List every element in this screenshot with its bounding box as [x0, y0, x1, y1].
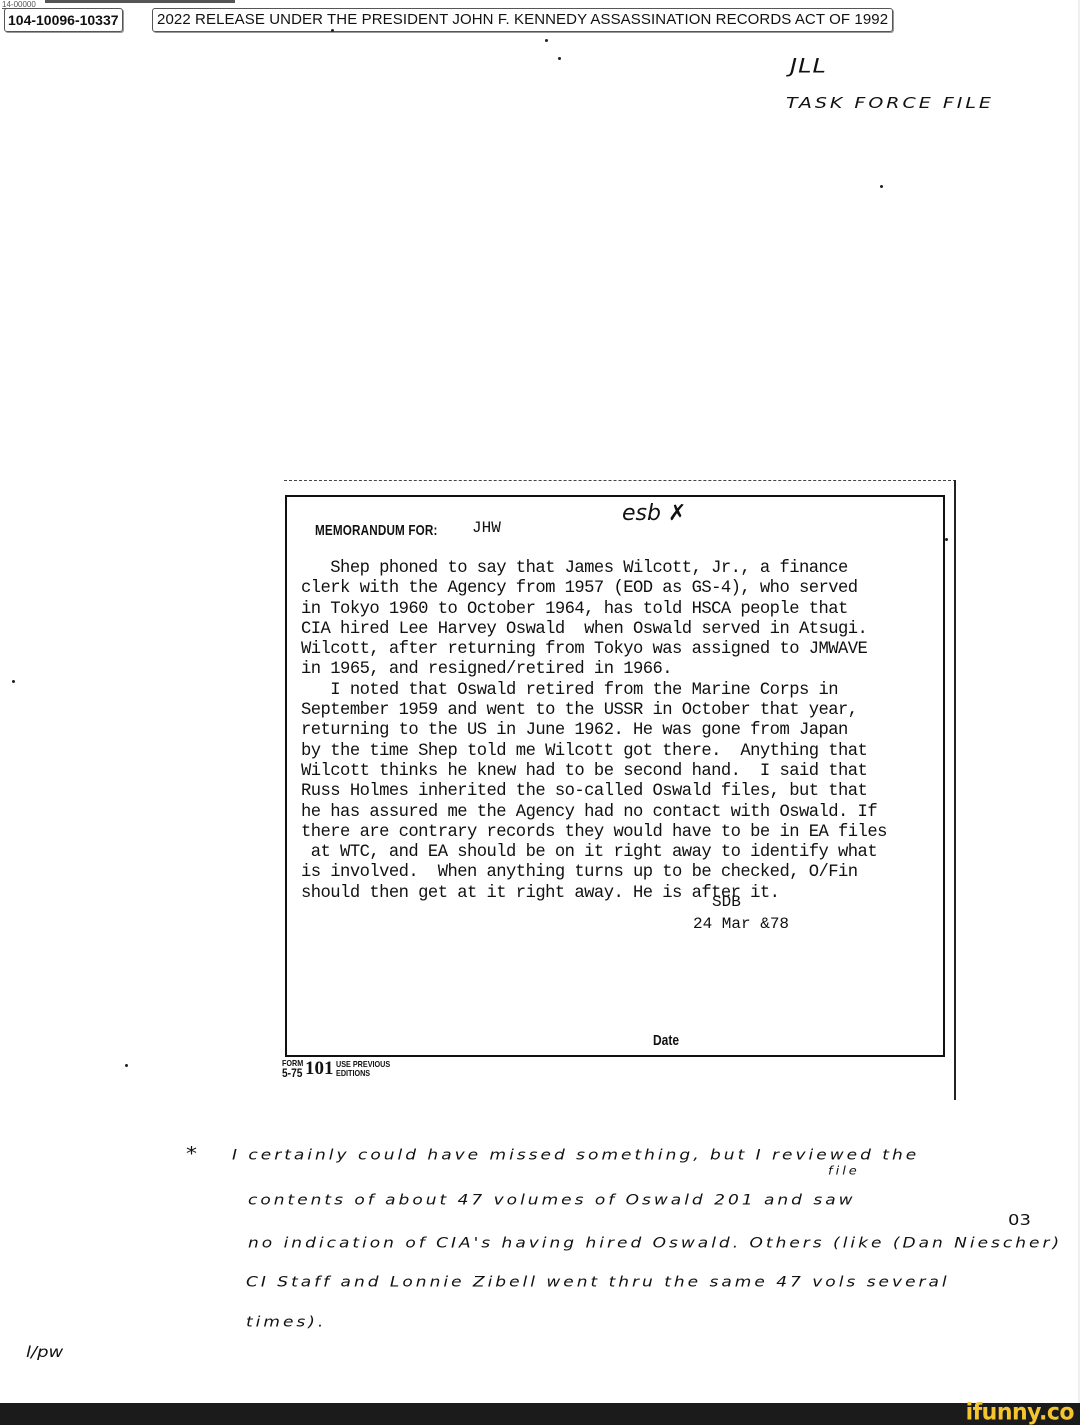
- scan-speck: [125, 1064, 128, 1067]
- memo-line: by the time Shep told me Wilcott got the…: [301, 742, 941, 762]
- outer-frame-right: [954, 480, 956, 1100]
- outer-frame-top: [284, 480, 956, 481]
- memo-line: I noted that Oswald retired from the Mar…: [301, 681, 941, 701]
- handwritten-task-force-label: TASK FORCE FILE: [786, 94, 994, 112]
- memo-line: CIA hired Lee Harvey Oswald when Oswald …: [301, 620, 941, 640]
- memo-line: Shep phoned to say that James Wilcott, J…: [301, 559, 941, 579]
- scan-top-rule: [45, 0, 235, 3]
- handwritten-note-line: CI Staff and Lonnie Zibell went thru the…: [246, 1274, 950, 1291]
- form-identifier: FORM 5-75 101 USE PREVIOUS EDITIONS: [282, 1058, 399, 1080]
- ifunny-watermark: ifunny.co: [966, 1399, 1074, 1425]
- scan-speck: [331, 29, 334, 32]
- scan-speck: [12, 680, 15, 683]
- memo-line: in 1965, and resigned/retired in 1966.: [301, 660, 941, 680]
- form-date: 5-75: [282, 1068, 303, 1079]
- handwritten-page-mark: 03: [1008, 1212, 1031, 1230]
- memo-line: Wilcott, after returning from Tokyo was …: [301, 640, 941, 660]
- scan-speck: [545, 39, 548, 42]
- signature-initials: SDB: [712, 893, 1080, 911]
- memo-line: September 1959 and went to the USSR in O…: [301, 701, 941, 721]
- memo-line: Wilcott thinks he knew had to be second …: [301, 762, 941, 782]
- signature-date: 24 Mar &78: [693, 915, 1080, 933]
- form-note-line: EDITIONS: [336, 1069, 390, 1078]
- form-number: 101: [305, 1058, 334, 1080]
- handwritten-initials-bottom: l/pw: [26, 1344, 63, 1362]
- scanned-document-page: 14-00000 104-10096-10337 2022 RELEASE UN…: [0, 0, 1080, 1403]
- memo-line: in Tokyo 1960 to October 1964, has told …: [301, 600, 941, 620]
- handwritten-initials-top: JLL: [790, 55, 827, 77]
- memo-recipient: JHW: [472, 519, 501, 537]
- memorandum-form: MEMORANDUM FOR: JHW esb ✗ Shep phoned to…: [285, 495, 945, 1057]
- handwritten-note-line: times).: [246, 1314, 326, 1331]
- release-banner: 2022 RELEASE UNDER THE PRESIDENT JOHN F.…: [152, 8, 893, 32]
- memo-line: is involved. When anything turns up to b…: [301, 863, 941, 883]
- document-id-box: 104-10096-10337: [4, 8, 123, 32]
- memo-line: returning to the US in June 1962. He was…: [301, 721, 941, 741]
- handwritten-note-line: contents of about 47 volumes of Oswald 2…: [248, 1192, 856, 1209]
- scan-speck: [945, 538, 948, 541]
- scan-speck: [558, 57, 561, 60]
- handwritten-annotation: esb ✗: [622, 501, 686, 526]
- memo-line: at WTC, and EA should be on it right awa…: [301, 843, 941, 863]
- handwritten-note-insert: file: [828, 1165, 860, 1178]
- memo-line: clerk with the Agency from 1957 (EOD as …: [301, 579, 941, 599]
- memo-for-label: MEMORANDUM FOR:: [315, 522, 438, 539]
- memo-line: he has assured me the Agency had no cont…: [301, 803, 941, 823]
- handwritten-note-line: I certainly could have missed something,…: [232, 1147, 919, 1164]
- scan-speck: [880, 185, 883, 188]
- memo-line: there are contrary records they would ha…: [301, 823, 941, 843]
- watermark-footer-bar: ifunny.co: [0, 1403, 1080, 1425]
- date-label: Date: [653, 1032, 679, 1049]
- handwritten-note-line: no indication of CIA's having hired Oswa…: [248, 1235, 1062, 1252]
- memo-line: Russ Holmes inherited the so-called Oswa…: [301, 782, 941, 802]
- handwritten-note-asterisk: *: [186, 1144, 200, 1165]
- memo-body: Shep phoned to say that James Wilcott, J…: [301, 559, 941, 904]
- form-word-date: FORM 5-75: [282, 1059, 303, 1079]
- form-note: USE PREVIOUS EDITIONS: [336, 1060, 390, 1078]
